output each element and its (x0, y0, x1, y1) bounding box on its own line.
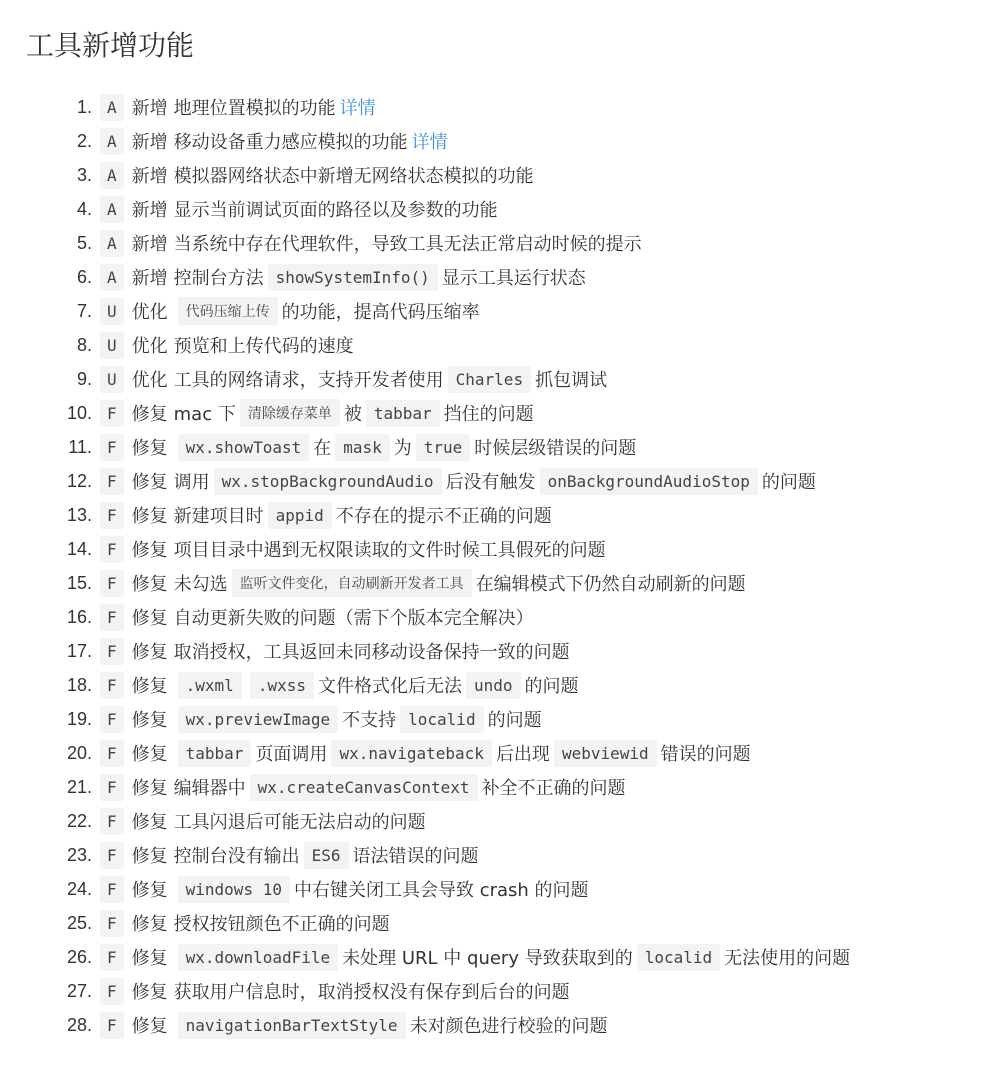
item-text: 不存在的提示不正确的问题 (336, 502, 552, 528)
change-type-badge: U (100, 366, 124, 393)
item-text: mac 下 (174, 400, 236, 426)
inline-code: localid (400, 706, 483, 733)
list-item: 24F修复windows 10中右键关闭工具会导致 crash 的问题 (26, 872, 1000, 906)
inline-code: true (416, 434, 471, 461)
change-type-badge: F (100, 842, 124, 869)
list-item: 25F修复授权按钮颜色不正确的问题 (26, 906, 1000, 940)
inline-code: undo (466, 672, 521, 699)
change-action: 修复 (132, 944, 168, 970)
change-type-badge: F (100, 434, 124, 461)
list-item: 28F修复navigationBarTextStyle未对颜色进行校验的问题 (26, 1008, 1000, 1042)
inline-code: 代码压缩上传 (178, 297, 278, 325)
change-type-badge: F (100, 672, 124, 699)
inline-code: wx.downloadFile (178, 944, 339, 971)
item-text: 的问题 (488, 706, 542, 732)
item-number: 27 (26, 981, 92, 1002)
change-type-badge: A (100, 128, 124, 155)
inline-code: Charles (448, 366, 531, 393)
details-link[interactable]: 详情 (412, 128, 448, 154)
list-item: 9U优化工具的网络请求，支持开发者使用Charles抓包调试 (26, 362, 1000, 396)
item-number: 10 (26, 403, 92, 424)
item-number: 6 (26, 267, 92, 288)
inline-code: windows 10 (178, 876, 290, 903)
item-number: 17 (26, 641, 92, 662)
change-type-badge: F (100, 468, 124, 495)
item-number: 11 (26, 437, 92, 458)
item-number: 24 (26, 879, 92, 900)
change-type-badge: F (100, 1012, 124, 1039)
change-action: 修复 (132, 672, 168, 698)
change-action: 新增 (132, 162, 168, 188)
item-text: 抓包调试 (535, 366, 607, 392)
change-type-badge: F (100, 774, 124, 801)
item-text: 错误的问题 (661, 740, 751, 766)
item-text: 调用 (174, 468, 210, 494)
item-number: 3 (26, 165, 92, 186)
inline-code: webviewid (554, 740, 657, 767)
change-type-badge: F (100, 978, 124, 1005)
page-title: 工具新增功能 (26, 26, 1000, 66)
item-number: 23 (26, 845, 92, 866)
inline-code: .wxml (178, 672, 242, 699)
change-action: 优化 (132, 332, 168, 358)
list-item: 5A新增当系统中存在代理软件，导致工具无法正常启动时候的提示 (26, 226, 1000, 260)
item-text: 后没有触发 (446, 468, 536, 494)
item-text: 控制台没有输出 (174, 842, 300, 868)
item-text: 文件格式化后无法 (318, 672, 462, 698)
change-action: 新增 (132, 230, 168, 256)
item-text: 新建项目时 (174, 502, 264, 528)
item-text: 当系统中存在代理软件，导致工具无法正常启动时候的提示 (174, 230, 642, 256)
list-item: 13F修复新建项目时appid不存在的提示不正确的问题 (26, 498, 1000, 532)
change-type-badge: F (100, 638, 124, 665)
item-number: 13 (26, 505, 92, 526)
list-item: 12F修复调用wx.stopBackgroundAudio后没有触发onBack… (26, 464, 1000, 498)
item-text: 地理位置模拟的功能 (174, 94, 336, 120)
change-type-badge: F (100, 910, 124, 937)
change-action: 新增 (132, 264, 168, 290)
item-text: 工具闪退后可能无法启动的问题 (174, 808, 426, 834)
item-text: 为 (394, 434, 412, 460)
inline-code: localid (637, 944, 720, 971)
change-action: 新增 (132, 196, 168, 222)
item-text: 未处理 URL 中 query 导致获取到的 (342, 944, 633, 970)
item-text: 授权按钮颜色不正确的问题 (174, 910, 390, 936)
list-item: 4A新增显示当前调试页面的路径以及参数的功能 (26, 192, 1000, 226)
inline-code: navigationBarTextStyle (178, 1012, 406, 1039)
list-item: 27F修复获取用户信息时，取消授权没有保存到后台的问题 (26, 974, 1000, 1008)
change-type-badge: F (100, 400, 124, 427)
change-type-badge: A (100, 264, 124, 291)
item-text: 无法使用的问题 (724, 944, 850, 970)
item-text: 中右键关闭工具会导致 crash 的问题 (294, 876, 589, 902)
item-text: 的问题 (525, 672, 579, 698)
inline-code: wx.stopBackgroundAudio (214, 468, 442, 495)
item-text: 补全不正确的问题 (482, 774, 626, 800)
item-text: 编辑器中 (174, 774, 246, 800)
item-text: 预览和上传代码的速度 (174, 332, 354, 358)
changelog-page: 工具新增功能 1A新增地理位置模拟的功能详情2A新增移动设备重力感应模拟的功能详… (0, 0, 1000, 1042)
list-item: 16F修复自动更新失败的问题（需下个版本完全解决） (26, 600, 1000, 634)
item-number: 22 (26, 811, 92, 832)
item-text: 不支持 (342, 706, 396, 732)
change-type-badge: F (100, 706, 124, 733)
list-item: 3A新增模拟器网络状态中新增无网络状态模拟的功能 (26, 158, 1000, 192)
inline-code: .wxss (250, 672, 314, 699)
change-action: 修复 (132, 978, 168, 1004)
item-number: 8 (26, 335, 92, 356)
change-action: 修复 (132, 434, 168, 460)
change-action: 修复 (132, 400, 168, 426)
item-text: 获取用户信息时，取消授权没有保存到后台的问题 (174, 978, 570, 1004)
item-text: 语法错误的问题 (353, 842, 479, 868)
item-number: 2 (26, 131, 92, 152)
details-link[interactable]: 详情 (340, 94, 376, 120)
change-action: 修复 (132, 502, 168, 528)
list-item: 23F修复控制台没有输出ES6语法错误的问题 (26, 838, 1000, 872)
item-text: 挡住的问题 (444, 400, 534, 426)
change-type-badge: A (100, 196, 124, 223)
item-number: 4 (26, 199, 92, 220)
item-number: 28 (26, 1015, 92, 1036)
list-item: 6A新增控制台方法showSystemInfo()显示工具运行状态 (26, 260, 1000, 294)
change-type-badge: F (100, 740, 124, 767)
inline-code: wx.showToast (178, 434, 310, 461)
change-action: 修复 (132, 740, 168, 766)
item-text: 显示工具运行状态 (442, 264, 586, 290)
change-type-badge: F (100, 570, 124, 597)
list-item: 14F修复项目目录中遇到无权限读取的文件时候工具假死的问题 (26, 532, 1000, 566)
item-text: 项目目录中遇到无权限读取的文件时候工具假死的问题 (174, 536, 606, 562)
item-number: 5 (26, 233, 92, 254)
change-action: 修复 (132, 604, 168, 630)
item-text: 页面调用 (255, 740, 327, 766)
list-item: 18F修复.wxml.wxss文件格式化后无法undo的问题 (26, 668, 1000, 702)
item-text: 控制台方法 (174, 264, 264, 290)
inline-code: wx.createCanvasContext (250, 774, 478, 801)
change-type-badge: F (100, 944, 124, 971)
change-action: 修复 (132, 876, 168, 902)
inline-code: showSystemInfo() (268, 264, 438, 291)
item-text: 后出现 (496, 740, 550, 766)
item-text: 未对颜色进行校验的问题 (410, 1012, 608, 1038)
change-type-badge: A (100, 230, 124, 257)
change-action: 优化 (132, 298, 168, 324)
change-action: 修复 (132, 570, 168, 596)
item-number: 26 (26, 947, 92, 968)
change-type-badge: A (100, 94, 124, 121)
list-item: 20F修复tabbar页面调用wx.navigateback后出现webview… (26, 736, 1000, 770)
change-action: 修复 (132, 808, 168, 834)
list-item: 22F修复工具闪退后可能无法启动的问题 (26, 804, 1000, 838)
change-action: 修复 (132, 706, 168, 732)
item-text: 模拟器网络状态中新增无网络状态模拟的功能 (174, 162, 534, 188)
change-action: 修复 (132, 468, 168, 494)
list-item: 7U优化代码压缩上传的功能，提高代码压缩率 (26, 294, 1000, 328)
change-action: 新增 (132, 94, 168, 120)
inline-code: wx.previewImage (178, 706, 339, 733)
item-number: 15 (26, 573, 92, 594)
item-text: 移动设备重力感应模拟的功能 (174, 128, 408, 154)
item-number: 12 (26, 471, 92, 492)
list-item: 19F修复wx.previewImage不支持localid的问题 (26, 702, 1000, 736)
change-action: 修复 (132, 774, 168, 800)
item-number: 20 (26, 743, 92, 764)
inline-code: 监听文件变化，自动刷新开发者工具 (232, 569, 472, 597)
changelog-list: 1A新增地理位置模拟的功能详情2A新增移动设备重力感应模拟的功能详情3A新增模拟… (26, 90, 1000, 1042)
change-action: 优化 (132, 366, 168, 392)
item-number: 18 (26, 675, 92, 696)
item-number: 25 (26, 913, 92, 934)
change-action: 修复 (132, 536, 168, 562)
inline-code: mask (335, 434, 390, 461)
item-number: 1 (26, 97, 92, 118)
item-text: 取消授权，工具返回未同移动设备保持一致的问题 (174, 638, 570, 664)
change-action: 修复 (132, 842, 168, 868)
item-number: 16 (26, 607, 92, 628)
inline-code: 清除缓存菜单 (240, 399, 340, 427)
item-text: 自动更新失败的问题（需下个版本完全解决） (174, 604, 534, 630)
item-text: 在编辑模式下仍然自动刷新的问题 (476, 570, 746, 596)
inline-code: tabbar (178, 740, 252, 767)
inline-code: tabbar (366, 400, 440, 427)
item-number: 21 (26, 777, 92, 798)
item-text: 工具的网络请求，支持开发者使用 (174, 366, 444, 392)
change-type-badge: F (100, 808, 124, 835)
list-item: 2A新增移动设备重力感应模拟的功能详情 (26, 124, 1000, 158)
item-text: 时候层级错误的问题 (474, 434, 636, 460)
inline-code: wx.navigateback (331, 740, 492, 767)
item-text: 的功能，提高代码压缩率 (282, 298, 480, 324)
item-text: 在 (313, 434, 331, 460)
change-action: 修复 (132, 910, 168, 936)
list-item: 8U优化预览和上传代码的速度 (26, 328, 1000, 362)
item-text: 被 (344, 400, 362, 426)
change-action: 修复 (132, 638, 168, 664)
change-type-badge: U (100, 298, 124, 325)
list-item: 10F修复mac 下清除缓存菜单被tabbar挡住的问题 (26, 396, 1000, 430)
list-item: 21F修复编辑器中wx.createCanvasContext补全不正确的问题 (26, 770, 1000, 804)
change-type-badge: U (100, 332, 124, 359)
change-action: 新增 (132, 128, 168, 154)
inline-code: ES6 (304, 842, 349, 869)
item-number: 7 (26, 301, 92, 322)
change-type-badge: F (100, 502, 124, 529)
change-action: 修复 (132, 1012, 168, 1038)
item-number: 14 (26, 539, 92, 560)
list-item: 15F修复未勾选监听文件变化，自动刷新开发者工具在编辑模式下仍然自动刷新的问题 (26, 566, 1000, 600)
change-type-badge: F (100, 536, 124, 563)
list-item: 11F修复wx.showToast在mask为true时候层级错误的问题 (26, 430, 1000, 464)
item-text: 显示当前调试页面的路径以及参数的功能 (174, 196, 498, 222)
list-item: 1A新增地理位置模拟的功能详情 (26, 90, 1000, 124)
change-type-badge: F (100, 876, 124, 903)
inline-code: appid (268, 502, 332, 529)
list-item: 17F修复取消授权，工具返回未同移动设备保持一致的问题 (26, 634, 1000, 668)
inline-code: onBackgroundAudioStop (540, 468, 758, 495)
change-type-badge: A (100, 162, 124, 189)
item-text: 未勾选 (174, 570, 228, 596)
item-number: 9 (26, 369, 92, 390)
item-number: 19 (26, 709, 92, 730)
item-text: 的问题 (762, 468, 816, 494)
list-item: 26F修复wx.downloadFile未处理 URL 中 query 导致获取… (26, 940, 1000, 974)
change-type-badge: F (100, 604, 124, 631)
